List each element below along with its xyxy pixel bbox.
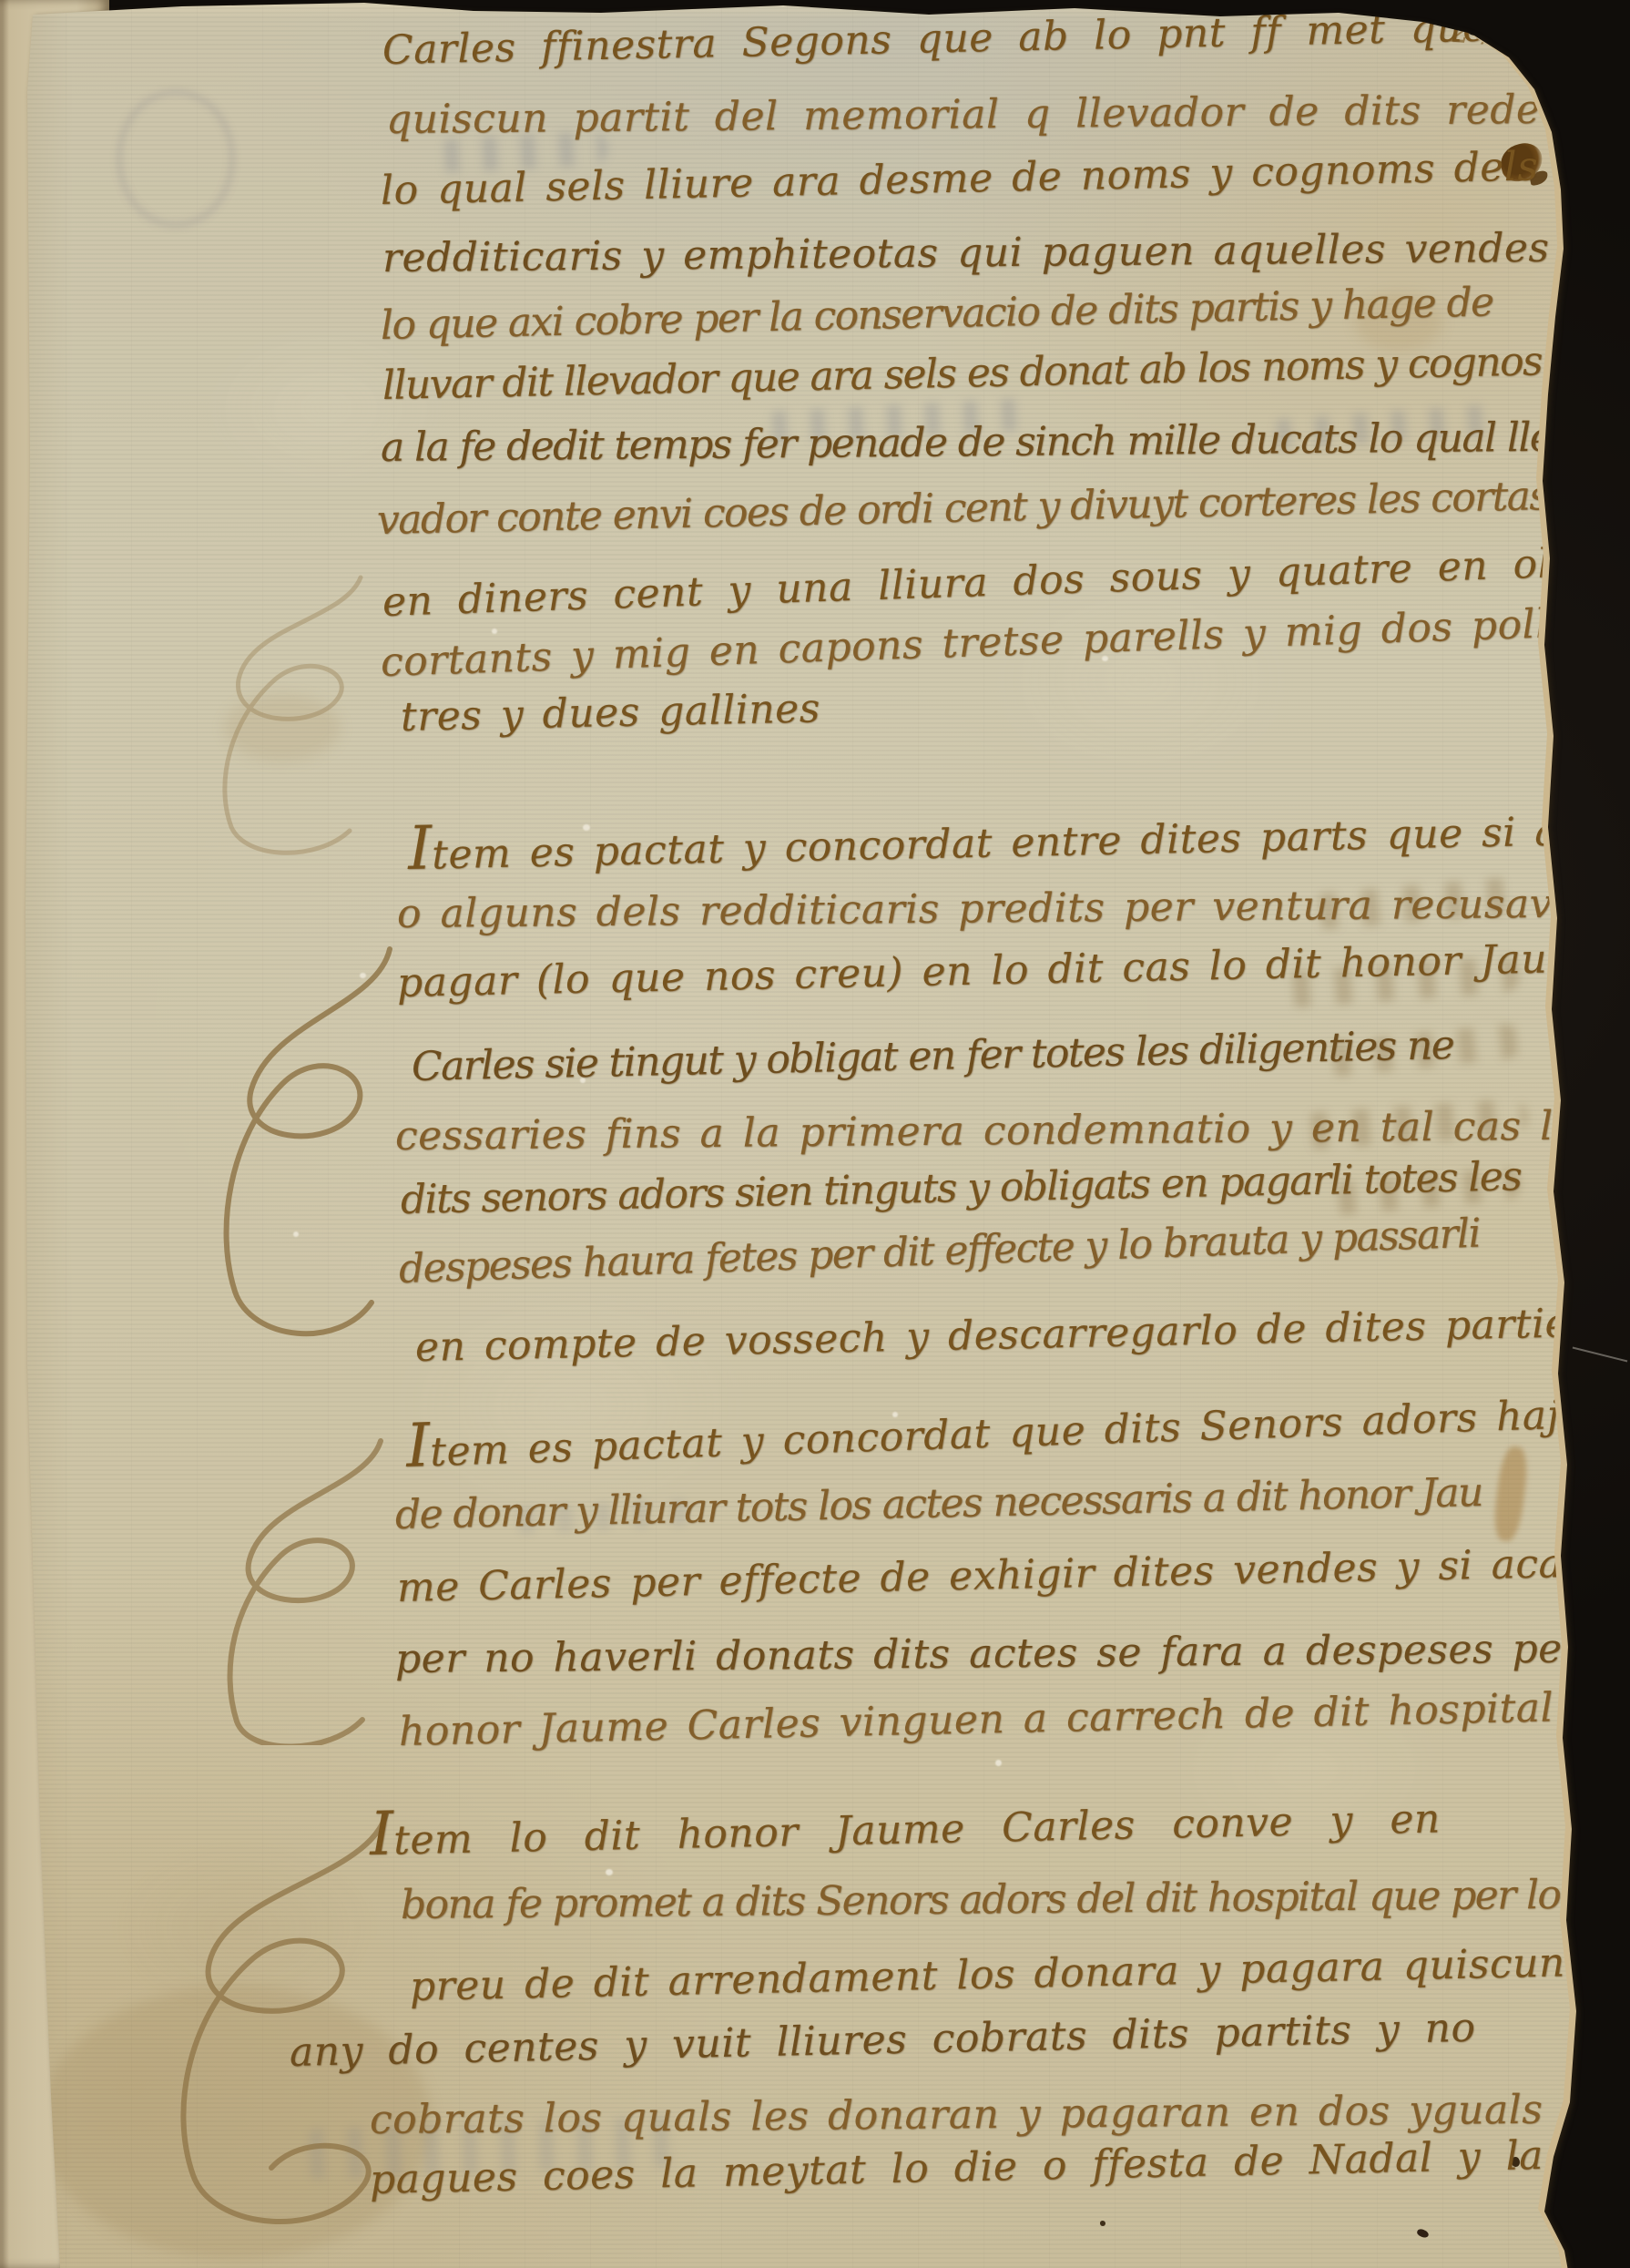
manuscript-page: 27 <box>0 0 1630 2268</box>
foxing-stain <box>224 694 341 761</box>
calligraphic-paraph-icon <box>213 1435 395 1745</box>
paper-fleck <box>360 973 366 978</box>
manuscript-line: me Carles per effecte de exhigir dites v… <box>396 1535 1584 1618</box>
manuscript-line: Item es pactat y concordat entre dites p… <box>407 794 1625 878</box>
manuscript-line: lo qual sels lliure ara desme de noms y … <box>380 136 1630 220</box>
manuscript-line: quiscun partit del memorial q llevador d… <box>386 81 1541 149</box>
manuscript-line: tres y dues gallines <box>400 679 820 747</box>
manuscript-line: Carles sie tingut y obligat en fer totes… <box>411 1017 1453 1097</box>
manuscript-line: Carles ffinestra Segons que ab lo pnt ff… <box>382 0 1563 80</box>
manuscript-line: en compte de vossech y descarregarlo de … <box>414 1294 1590 1377</box>
calligraphic-paraph-icon <box>208 572 390 863</box>
manuscript-line: Item lo dit honor Jaume Carles conve y e… <box>369 1783 1441 1864</box>
manuscript-line: Item es pactat y concordat que dits Seno… <box>405 1377 1611 1476</box>
ink-speck <box>1100 2221 1105 2226</box>
paper-fleck <box>293 1231 299 1237</box>
manuscript-line: honor Jaume Carles vinguen a carrech de … <box>398 1679 1554 1762</box>
ink-smudge <box>1492 1446 1530 1543</box>
ink-speck <box>1416 2228 1430 2239</box>
paper-fleck <box>995 1760 1002 1766</box>
calligraphic-paraph-icon <box>211 945 404 1357</box>
manuscript-line: de donar y lliurar tots los actes necess… <box>394 1464 1482 1545</box>
page-edge-rim: 27 <box>0 0 1630 2268</box>
manuscript-photo: { "folio": { "number": "27" }, "colors":… <box>0 0 1630 2268</box>
manuscript-line: a la fe dedit temps fer penade de sinch … <box>381 409 1553 477</box>
manuscript-line: per no haverli donats dits actes se fara… <box>395 1619 1630 1689</box>
manuscript-line: vador conte envi coes de ordi cent y div… <box>376 467 1549 550</box>
manuscript-line: bona fe promet a dits Senors adors del d… <box>401 1866 1561 1935</box>
ink-showthrough <box>117 89 235 228</box>
